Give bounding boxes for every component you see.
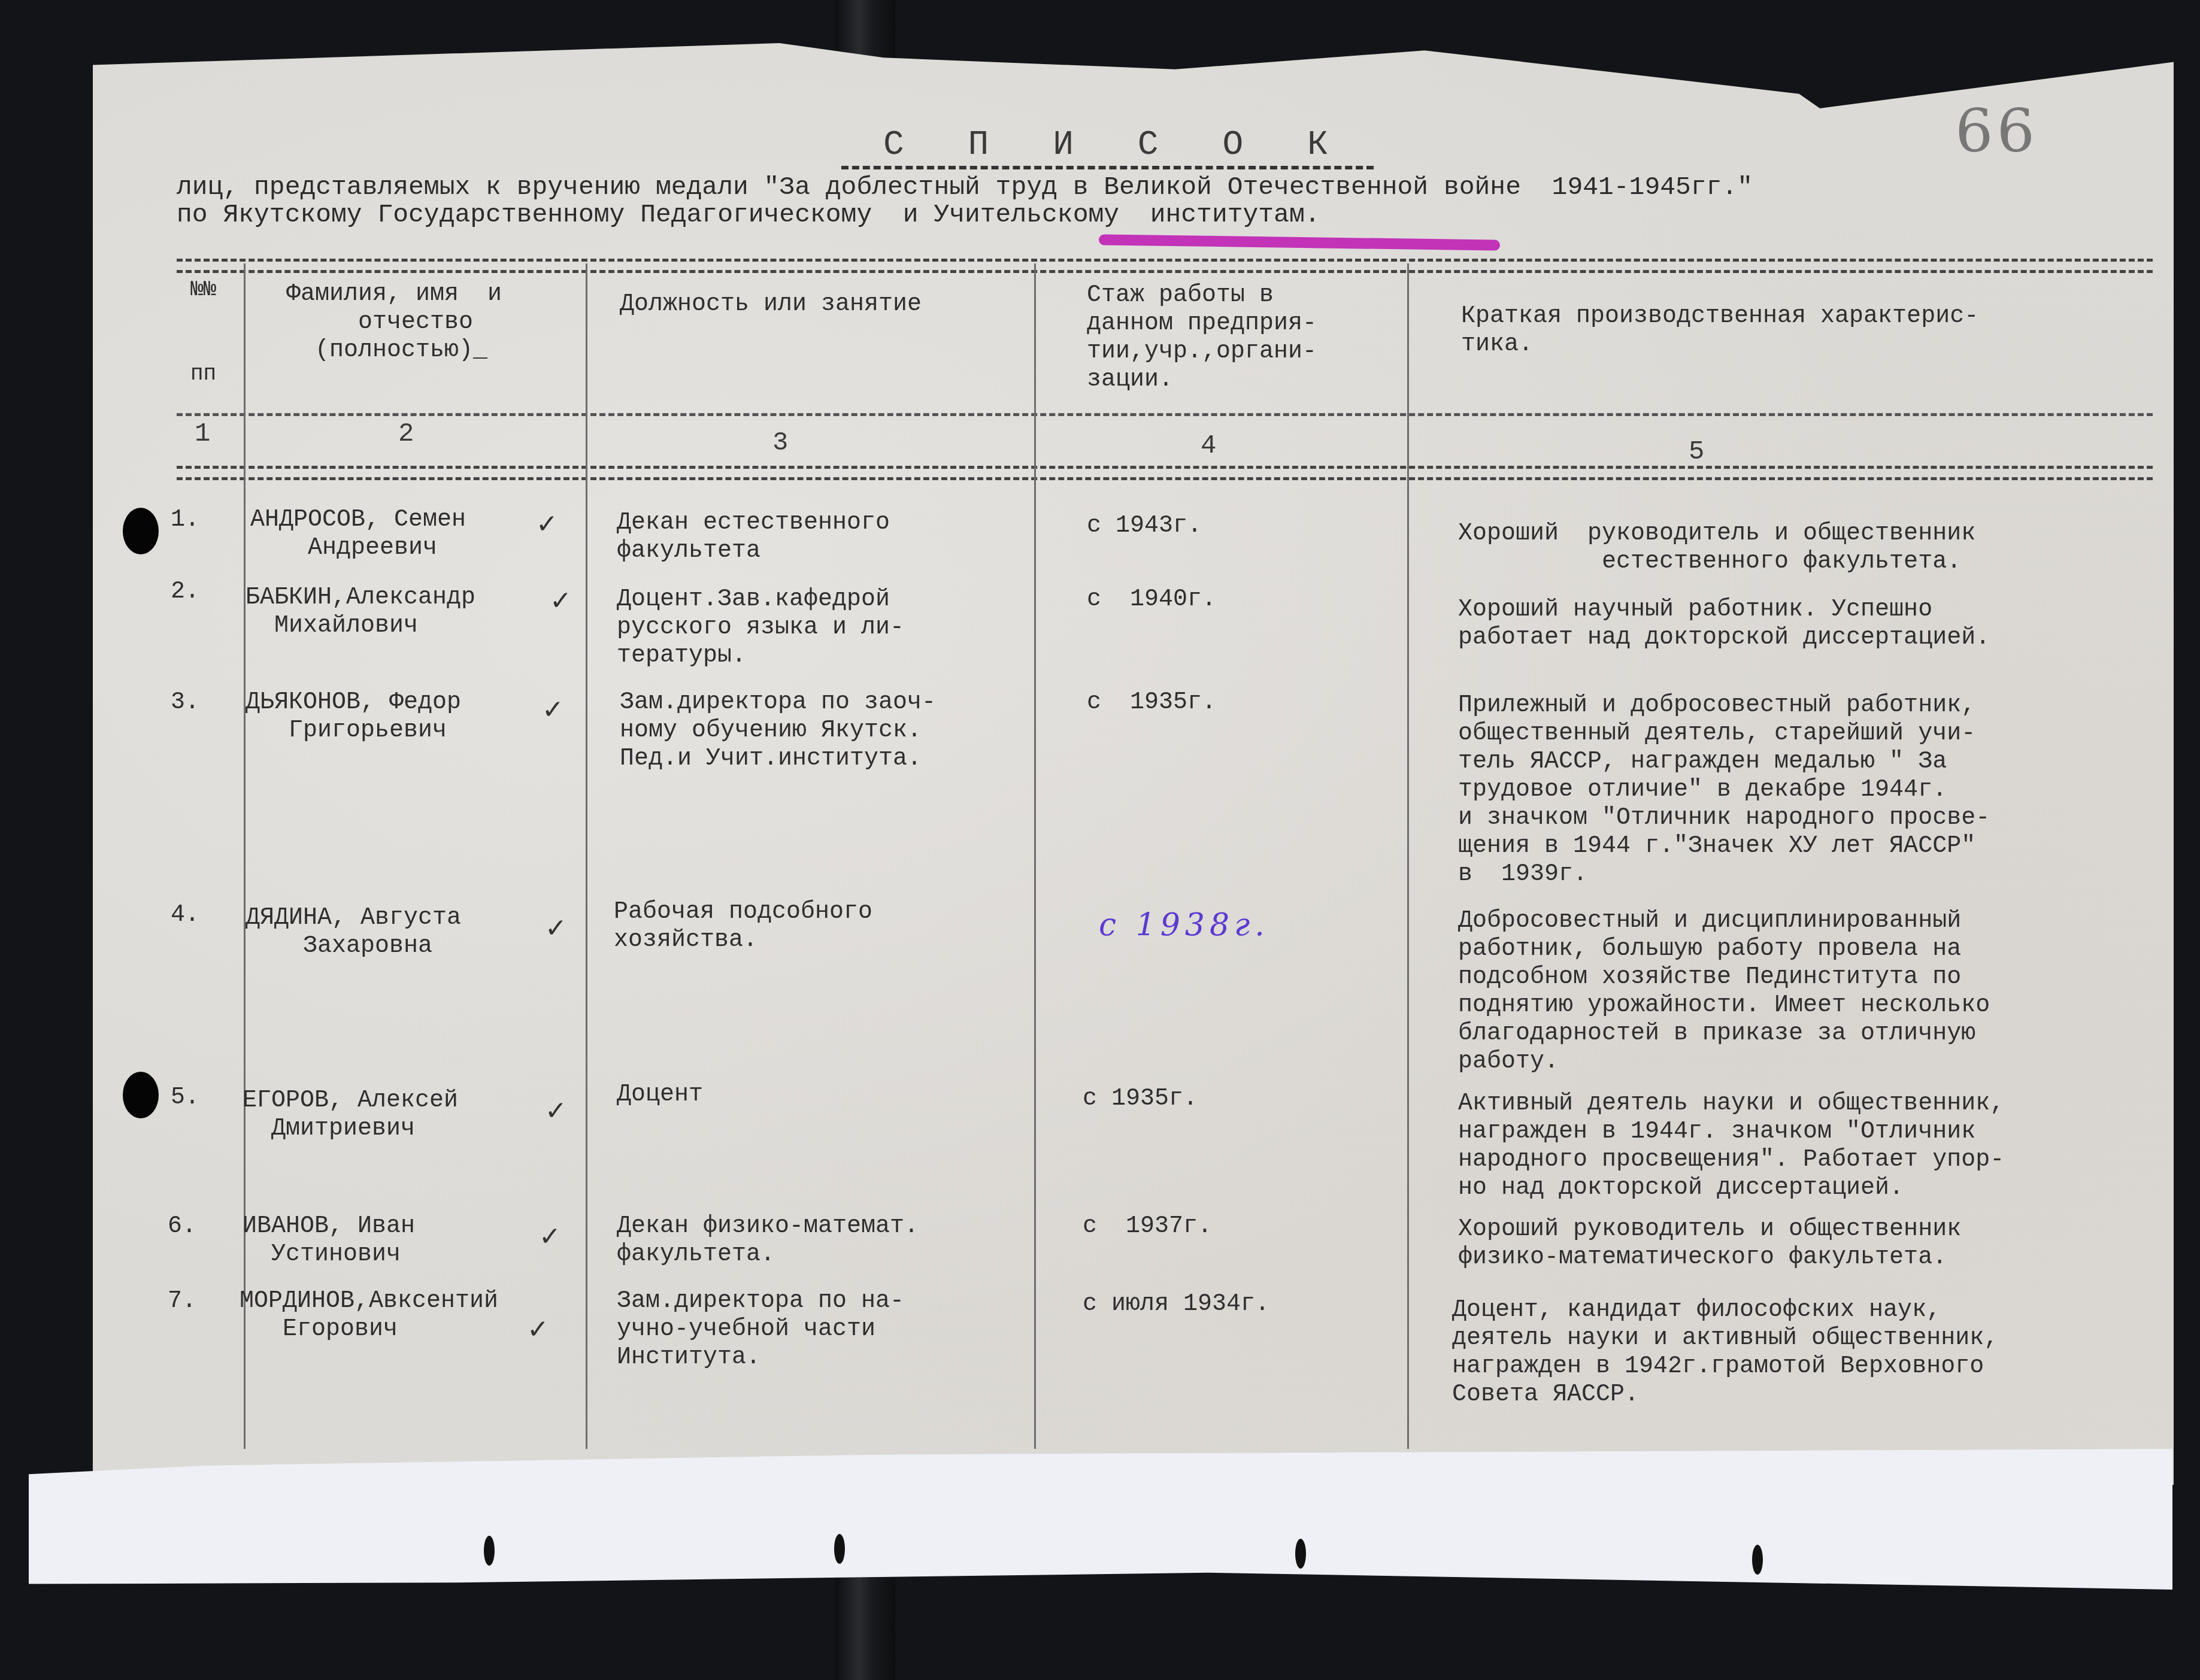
check-mark-icon: ✓ <box>545 1096 567 1126</box>
strip-slot <box>1752 1545 1763 1575</box>
row-tenure: с 1937г. <box>1083 1212 1212 1241</box>
row-characteristic: Добросовестный и дисциплинированный рабо… <box>1458 907 1990 1076</box>
row-position: Декан физико-математ. факультета. <box>617 1212 919 1269</box>
table-top-rule <box>177 259 2153 273</box>
folio-number: 66 <box>1955 96 2038 166</box>
row-tenure-handwritten: с 1938г. <box>1099 907 1269 943</box>
row-characteristic: Хороший руководитель и общественник есте… <box>1458 520 1975 576</box>
row-name: ИВАНОВ, Иван Устинович <box>243 1212 415 1269</box>
row-position: Зам.директора по на- учно-учебной части … <box>617 1287 904 1372</box>
row-number: 6. <box>168 1212 196 1241</box>
row-tenure: с 1935г. <box>1083 1085 1198 1113</box>
check-mark-icon: ✓ <box>550 586 572 616</box>
row-tenure: с 1943г. <box>1087 512 1202 540</box>
header-name: Фамилия, имя и отчество (полностью)_ <box>286 280 502 365</box>
row-characteristic: Активный деятель науки и общественник, н… <box>1458 1090 2004 1202</box>
row-number: 2. <box>171 578 199 606</box>
column-divider <box>1407 263 1409 1449</box>
row-tenure: с июля 1934г. <box>1083 1290 1269 1318</box>
strip-slot <box>834 1534 845 1564</box>
row-number: 3. <box>171 689 199 717</box>
column-divider <box>586 263 587 1449</box>
check-mark-icon: ✓ <box>536 509 558 539</box>
mounting-strip <box>29 1449 2172 1590</box>
check-mark-icon: ✓ <box>545 913 567 944</box>
header-position: Должность или занятие <box>620 290 922 319</box>
document-title: С П И С О К <box>841 126 1374 169</box>
row-position: Рабочая подсобного хозяйства. <box>614 898 872 954</box>
row-characteristic: Хороший руководитель и общественник физи… <box>1458 1215 1961 1272</box>
column-divider <box>1034 263 1036 1449</box>
row-number: 5. <box>171 1084 199 1112</box>
row-number: 1. <box>171 506 199 534</box>
header-number: №№ пп <box>190 275 216 388</box>
column-number-1: 1 <box>195 419 210 449</box>
header-tenure: Стаж работы в данном предприя- тии,учр.,… <box>1087 281 1317 394</box>
check-mark-icon: ✓ <box>527 1314 549 1345</box>
column-number-5: 5 <box>1689 437 1704 467</box>
row-position: Зам.директора по заоч- ному обучению Яку… <box>620 689 936 773</box>
header-characteristic: Краткая производственная характерис- тик… <box>1461 302 1978 359</box>
document-intro: лиц, представляемых к вручению медали "З… <box>177 174 2153 229</box>
strip-slot <box>484 1536 495 1566</box>
column-number-3: 3 <box>772 428 788 458</box>
intro-line-2: по Якутскому Государственному Педагогиче… <box>177 200 1320 229</box>
row-position: Доцент <box>617 1081 703 1109</box>
intro-line-1: лиц, представляемых к вручению медали "З… <box>177 172 1753 202</box>
row-characteristic: Доцент, кандидат философских наук, деяте… <box>1452 1296 1998 1409</box>
row-name: ДЯДИНА, Августа Захаровна <box>246 904 461 960</box>
header-separator-rule <box>177 413 2153 416</box>
row-name: АНДРОСОВ, Семен Андреевич <box>250 506 466 562</box>
row-number: 7. <box>168 1287 196 1315</box>
column-divider <box>244 263 246 1449</box>
row-name: МОРДИНОВ,Авксентий Егорович <box>240 1287 498 1344</box>
row-name: БАБКИН,Александр Михайлович <box>246 584 475 640</box>
strip-slot <box>1295 1539 1306 1569</box>
row-characteristic: Хороший научный работник. Успешно работа… <box>1458 596 1990 652</box>
row-number: 4. <box>171 901 199 929</box>
header-bottom-rule <box>177 466 2153 480</box>
punch-hole <box>123 1072 159 1118</box>
row-tenure: с 1940г. <box>1087 586 1216 614</box>
row-tenure: с 1935г. <box>1087 689 1216 717</box>
row-position: Декан естественного факультета <box>617 509 890 565</box>
row-name: ЕГОРОВ, Алексей Дмитриевич <box>243 1087 458 1143</box>
row-position: Доцент.Зав.кафедрой русского языка и ли-… <box>617 586 904 670</box>
check-mark-icon: ✓ <box>542 695 564 725</box>
row-name: ДЬЯКОНОВ, Федор Григорьевич <box>246 689 461 745</box>
check-mark-icon: ✓ <box>539 1221 561 1252</box>
column-number-2: 2 <box>398 419 414 449</box>
column-number-4: 4 <box>1201 431 1216 461</box>
row-characteristic: Прилежный и добросовестный работник, общ… <box>1458 692 1990 888</box>
punch-hole <box>123 508 159 554</box>
